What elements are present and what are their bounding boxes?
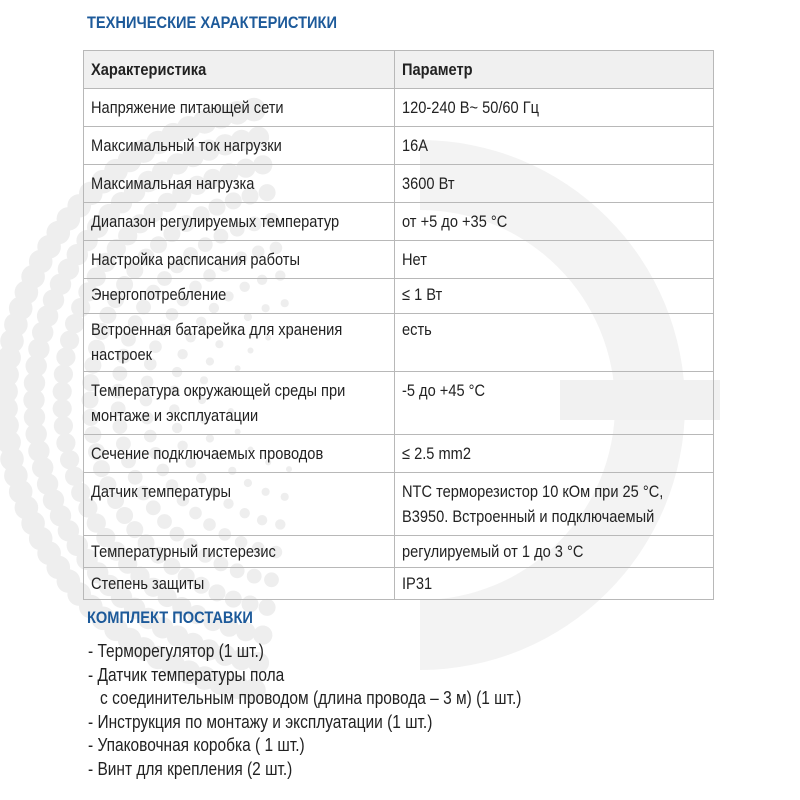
row-value: IP31 [394, 568, 713, 600]
list-item: - Винт для крепления (2 шт.) [88, 758, 521, 782]
specs-section-title: ТЕХНИЧЕСКИЕ ХАРАКТЕРИСТИКИ [87, 13, 337, 33]
list-item: - Упаковочная коробка ( 1 шт.) [88, 734, 521, 758]
table-row: Сечение подключаемых проводов ≤ 2.5 mm2 [84, 435, 714, 473]
kit-list: - Терморегулятор (1 шт.) - Датчик темпер… [88, 640, 592, 782]
table-row: Максимальный ток нагрузки 16А [84, 127, 714, 165]
table-row: Степень защиты IP31 [84, 568, 714, 600]
row-value: ≤ 1 Вт [394, 279, 713, 314]
row-name: Энергопотребление [84, 279, 395, 314]
row-value: NTC терморезистор 10 кОм при 25 °С, В395… [394, 473, 713, 536]
row-name: Максимальный ток нагрузки [84, 127, 395, 165]
row-name: Настройка расписания работы [84, 241, 395, 279]
row-name: Температура окружающей среды при монтаже… [84, 372, 395, 435]
row-value: Нет [394, 241, 713, 279]
list-item-continuation: с соединительным проводом (длина провода… [88, 687, 521, 711]
table-row: Напряжение питающей сети 120-240 В~ 50/6… [84, 89, 714, 127]
table-row: Энергопотребление ≤ 1 Вт [84, 279, 714, 314]
row-value: 16А [394, 127, 713, 165]
row-value: от +5 до +35 °С [394, 203, 713, 241]
list-item: - Инструкция по монтажу и эксплуатации (… [88, 711, 521, 735]
table-row: Встроенная батарейка для хранения настро… [84, 314, 714, 372]
list-item: - Датчик температуры пола [88, 664, 521, 688]
table-row: Максимальная нагрузка 3600 Вт [84, 165, 714, 203]
specs-table: Характеристика Параметр Напряжение питаю… [83, 50, 714, 600]
kit-section-title: КОМПЛЕКТ ПОСТАВКИ [87, 608, 253, 628]
row-name: Максимальная нагрузка [84, 165, 395, 203]
row-value: ≤ 2.5 mm2 [394, 435, 713, 473]
row-name: Встроенная батарейка для хранения настро… [84, 314, 395, 372]
row-name: Датчик температуры [84, 473, 395, 536]
row-value: -5 до +45 °С [394, 372, 713, 435]
row-name: Температурный гистерезис [84, 536, 395, 568]
table-row: Температурный гистерезис регулируемый от… [84, 536, 714, 568]
row-value: есть [394, 314, 713, 372]
header-characteristic: Характеристика [84, 51, 395, 89]
row-name: Напряжение питающей сети [84, 89, 395, 127]
table-row: Настройка расписания работы Нет [84, 241, 714, 279]
row-value: 120-240 В~ 50/60 Гц [394, 89, 713, 127]
row-value: регулируемый от 1 до 3 °С [394, 536, 713, 568]
table-row: Диапазон регулируемых температур от +5 д… [84, 203, 714, 241]
list-item: - Терморегулятор (1 шт.) [88, 640, 521, 664]
table-row: Датчик температуры NTC терморезистор 10 … [84, 473, 714, 536]
row-name: Диапазон регулируемых температур [84, 203, 395, 241]
table-row: Температура окружающей среды при монтаже… [84, 372, 714, 435]
row-name: Сечение подключаемых проводов [84, 435, 395, 473]
row-name: Степень защиты [84, 568, 395, 600]
row-value: 3600 Вт [394, 165, 713, 203]
table-header-row: Характеристика Параметр [84, 51, 714, 89]
header-parameter: Параметр [394, 51, 713, 89]
